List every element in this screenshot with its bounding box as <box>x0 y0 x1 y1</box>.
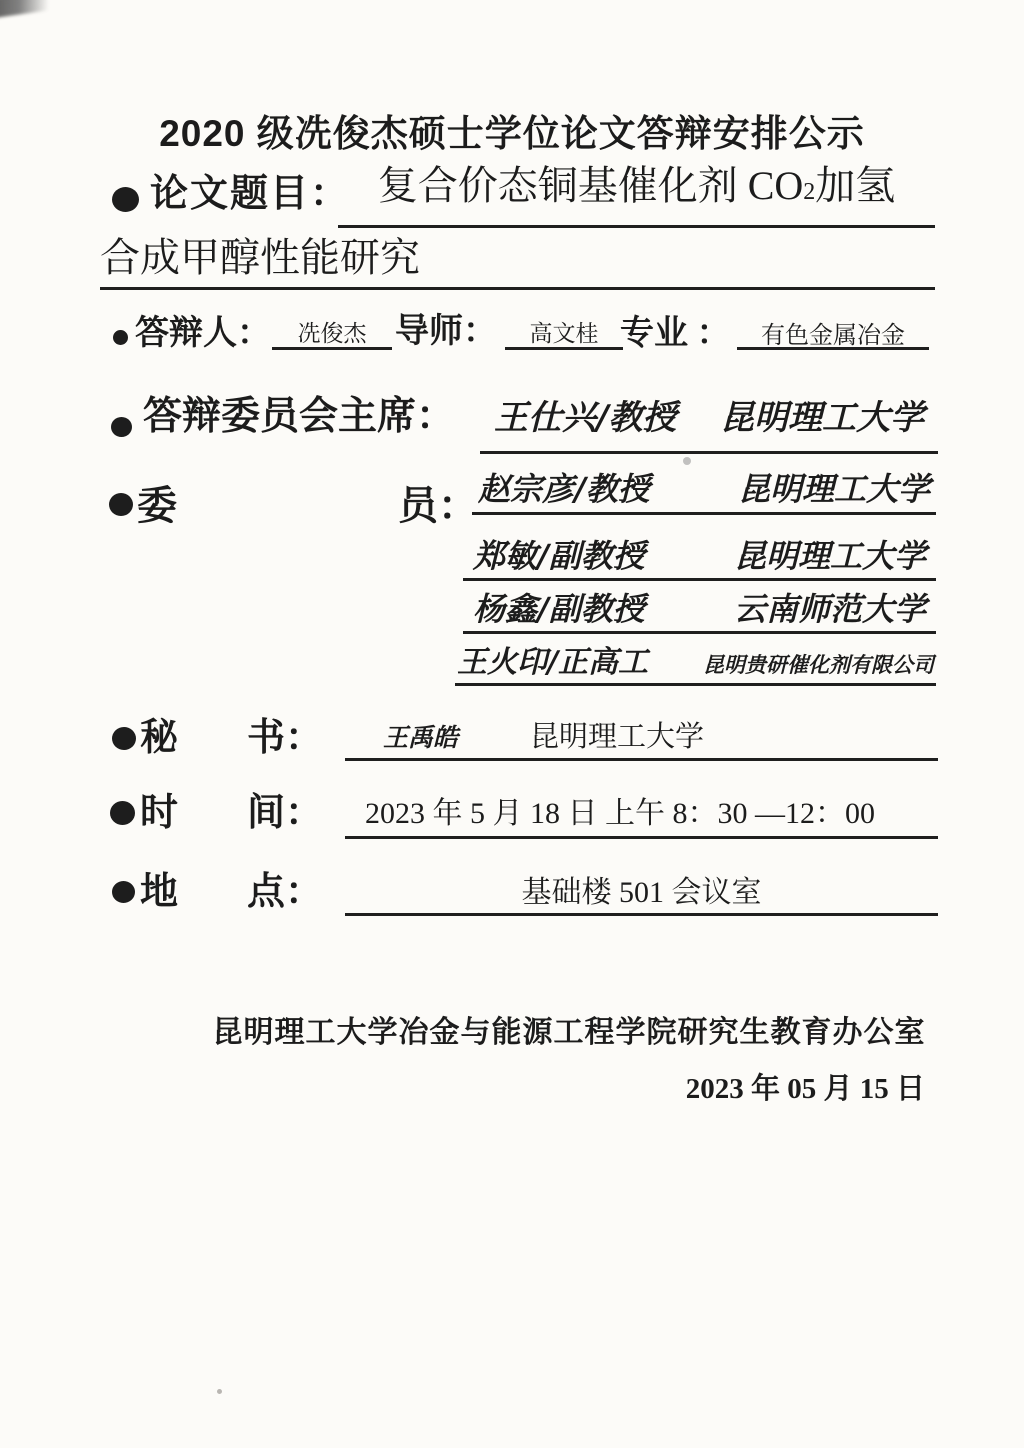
committee-label-char1: 委 <box>137 483 177 529</box>
thesis-title-text: 复合价态铜基催化剂 CO <box>378 164 804 208</box>
advisor-label: 导师： <box>395 312 497 351</box>
bullet-icon <box>111 417 132 437</box>
venue-label-char1: 地 <box>140 871 178 915</box>
thesis-title-text-end: 加氢 <box>815 164 895 208</box>
committee-member-row: 赵宗彦/教授 昆明理工大学 <box>472 472 936 515</box>
venue-field: 基础楼 501 会议室 <box>345 876 938 916</box>
major-name: 有色金属冶金 <box>761 323 905 349</box>
thesis-title-line2: 合成甲醇性能研究 <box>100 236 935 290</box>
bullet-icon <box>112 727 136 750</box>
committee-member-row: 杨鑫/副教授 云南师范大学 <box>463 592 936 634</box>
member-name: 杨鑫/副教授 <box>473 592 645 627</box>
committee-member-row: 王火印/正高工 昆明贵研催化剂有限公司 <box>455 646 936 686</box>
time-label-char2: 间： <box>247 792 323 836</box>
secretary-affiliation: 昆明理工大学 <box>530 722 704 754</box>
member-affiliation: 昆明贵研催化剂有限公司 <box>703 653 934 676</box>
defender-name-field: 冼俊杰 <box>272 321 392 350</box>
defender-label: 答辩人： <box>135 314 271 353</box>
member-name: 郑敏/副教授 <box>473 539 645 574</box>
time-value: 2023 年 5 月 18 日 上午 8：30 —12：00 <box>365 797 875 830</box>
venue-value: 基础楼 501 会议室 <box>522 876 762 909</box>
chair-affiliation: 昆明理工大学 <box>720 400 924 437</box>
defender-name: 冼俊杰 <box>298 321 367 346</box>
secretary-label-char1: 秘 <box>140 717 178 761</box>
advisor-name: 高文桂 <box>530 321 599 346</box>
bullet-icon <box>113 330 128 345</box>
member-affiliation: 云南师范大学 <box>734 592 926 627</box>
thesis-title-label: 论文题目： <box>150 173 350 217</box>
scanned-notice-page: 2020 级冼俊杰硕士学位论文答辩安排公示 论文题目： 复合价态铜基催化剂 CO… <box>0 0 1024 1448</box>
bullet-icon <box>110 801 135 825</box>
secretary-label-char2: 书： <box>247 717 323 761</box>
member-name: 赵宗彦/教授 <box>478 472 650 507</box>
major-label: 专业 ： <box>620 314 731 353</box>
chair-label: 答辩委员会主席： <box>143 395 455 440</box>
chair-field: 王仕兴/教授 昆明理工大学 <box>480 400 938 454</box>
advisor-name-field: 高文桂 <box>505 321 623 350</box>
member-affiliation: 昆明理工大学 <box>738 472 930 507</box>
issuing-office: 昆明理工大学冶金与能源工程学院研究生教育办公室 <box>114 1007 1024 1051</box>
thesis-title-line2-text: 合成甲醇性能研究 <box>100 236 420 280</box>
bullet-icon <box>112 881 135 903</box>
thesis-title-subscript: 2 <box>803 179 815 205</box>
committee-member-row: 郑敏/副教授 昆明理工大学 <box>463 539 936 581</box>
issue-date: 2023 年 05 月 15 日 <box>0 1066 925 1107</box>
document-title: 2020 级冼俊杰硕士学位论文答辩安排公示 <box>0 103 1024 157</box>
secretary-field: 王禹皓 昆明理工大学 <box>345 722 938 761</box>
scan-artifact-corner <box>0 0 69 18</box>
member-name: 王火印/正高工 <box>457 646 648 679</box>
venue-label-char2: 点： <box>247 871 323 915</box>
bullet-icon <box>109 493 133 516</box>
thesis-title-line1: 复合价态铜基催化剂 CO2加氢 <box>338 164 935 228</box>
scan-speck <box>217 1389 222 1394</box>
committee-label-char2: 员： <box>398 483 478 529</box>
secretary-name: 王禹皓 <box>383 724 458 752</box>
time-label-char1: 时 <box>140 792 178 836</box>
major-field: 有色金属冶金 <box>737 323 929 350</box>
time-field: 2023 年 5 月 18 日 上午 8：30 —12：00 <box>345 797 938 839</box>
bullet-icon <box>112 187 139 212</box>
scan-speck <box>683 457 691 465</box>
member-affiliation: 昆明理工大学 <box>734 539 926 574</box>
chair-name: 王仕兴/教授 <box>494 400 676 437</box>
